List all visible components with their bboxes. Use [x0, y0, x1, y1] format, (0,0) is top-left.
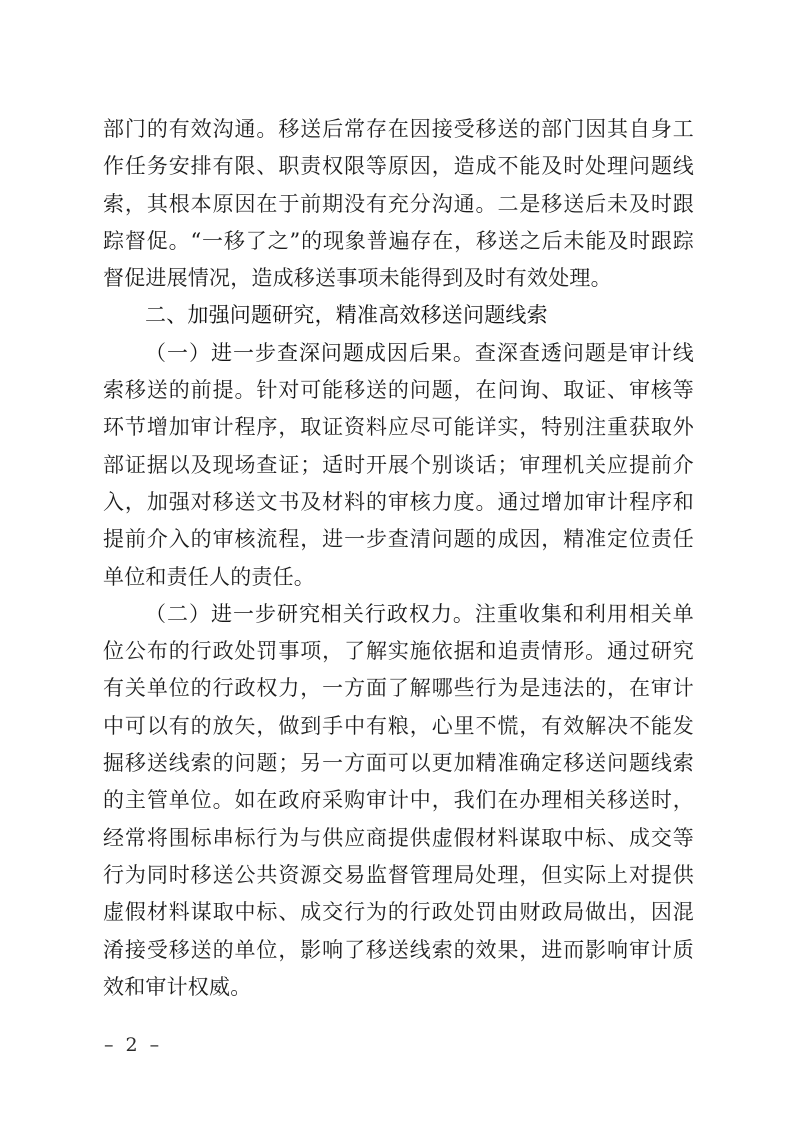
paragraph-text: 部门的有效沟通。移送后常存在因接受移送的部门因其自身工作任务安排有限、职责权限等… [103, 117, 694, 290]
paragraph-item-1: （一）进一步查深问题成因后果。查深查透问题是审计线索移送的前提。针对可能移送的问… [103, 335, 694, 596]
section-heading: 二、加强问题研究，精准高效移送问题线索 [103, 297, 694, 334]
paragraph-text: 查深查透问题是审计线索移送的前提。针对可能移送的问题，在问询、取证、审核等环节增… [103, 341, 694, 589]
run-in-subheading: （二）进一步研究相关行政权力。 [145, 602, 475, 626]
document-body: 部门的有效沟通。移送后常存在因接受移送的部门因其自身工作任务安排有限、职责权限等… [103, 111, 694, 1006]
document-page: 部门的有效沟通。移送后常存在因接受移送的部门因其自身工作任务安排有限、职责权限等… [0, 0, 793, 1122]
paragraph-item-2: （二）进一步研究相关行政权力。注重收集和利用相关单位公布的行政处罚事项，了解实施… [103, 596, 694, 1006]
run-in-subheading: （一）进一步查深问题成因后果。 [145, 341, 475, 365]
page-number: – 2 – [104, 1034, 162, 1056]
paragraph-text: 注重收集和利用相关单位公布的行政处罚事项，了解实施依据和追责情形。通过研究有关单… [103, 602, 694, 999]
paragraph-continuation: 部门的有效沟通。移送后常存在因接受移送的部门因其自身工作任务安排有限、职责权限等… [103, 111, 694, 297]
